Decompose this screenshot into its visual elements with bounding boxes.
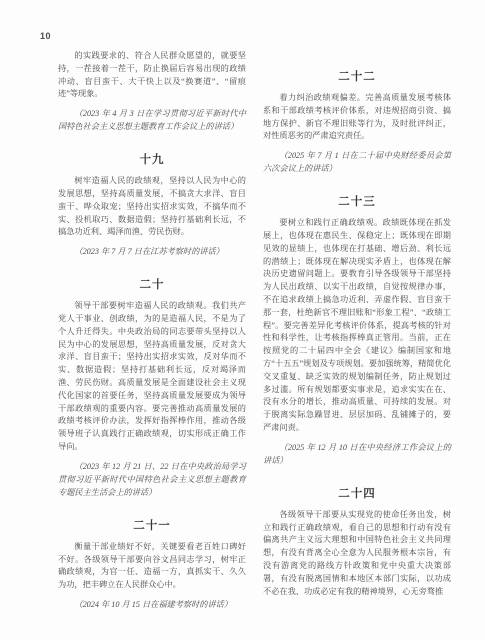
document-page: 10 的实践要求的、符合人民群众愿望的，就要坚持，一茬接着一茬干，防止换届后容易… xyxy=(0,0,485,640)
section-23: 二十三 要树立和践行正确政绩观。政绩既体现在抓发展上，也体现在惠民生、保稳定上；… xyxy=(263,193,451,467)
section-body: 的实践要求的、符合人民群众愿望的，就要坚持，一茬接着一茬干，防止换届后容易出现的… xyxy=(58,50,246,101)
section-body: 各级领导干部要从实现党的使命任务出发，树立和践行正确政绩观，看自己的思想和行动有… xyxy=(263,509,451,599)
section-citation: （2023 年 7 月 7 日在江苏考察时的讲话） xyxy=(58,245,246,258)
page-number: 10 xyxy=(40,31,51,41)
section-heading: 二十四 xyxy=(263,485,451,501)
section-continuation: 的实践要求的、符合人民群众愿望的，就要坚持，一茬接着一茬干，防止换届后容易出现的… xyxy=(58,50,246,133)
section-citation: （2023 年 12 月 21 日、22 日在中央政治局学习贯彻习近平新时代中国… xyxy=(58,460,246,499)
section-citation: （2025 年 7 月 1 日在二十届中央财经委员会第六次会议上的讲话） xyxy=(263,149,451,175)
section-heading: 二十三 xyxy=(263,193,451,209)
section-body: 着力纠治政绩观偏差。完善高质量发展考核体系和干部政绩考核评价体系，对违规招商引资… xyxy=(263,92,451,143)
section-body: 要树立和践行正确政绩观。政绩既体现在抓发展上，也体现在惠民生、保稳定上；既体现在… xyxy=(263,217,451,435)
section-body: 衡量干部业绩好不好，关键要看老百姓口碑好不好。各级领导干部要向谷文昌同志学习，树… xyxy=(58,541,246,592)
section-22: 二十二 着力纠治政绩观偏差。完善高质量发展考核体系和干部政绩考核评价体系，对违规… xyxy=(263,68,451,175)
section-citation: （2025 年 12 月 10 日在中央经济工作会议上的讲话） xyxy=(263,441,451,467)
section-20: 二十 领导干部要树牢造福人民的政绩观。我们共产党人干事业、创政绩，为的是造福人民… xyxy=(58,276,246,499)
section-19: 十九 树牢造福人民的政绩观，坚持以人民为中心的发展思想，坚持高质量发展，不搞贪大… xyxy=(58,151,246,258)
section-body: 领导干部要树牢造福人民的政绩观。我们共产党人干事业、创政绩，为的是造福人民，不是… xyxy=(58,300,246,454)
section-heading: 二十二 xyxy=(263,68,451,84)
section-body: 树牢造福人民的政绩观，坚持以人民为中心的发展思想，坚持高质量发展，不搞贪大求洋、… xyxy=(58,175,246,239)
section-21: 二十一 衡量干部业绩好不好，关键要看老百姓口碑好不好。各级领导干部要向谷文昌同志… xyxy=(58,517,246,611)
section-citation: （2024 年 10 月 15 日在福建考察时的讲话） xyxy=(58,598,246,611)
section-heading: 十九 xyxy=(58,151,246,167)
section-citation: （2023 年 4 月 3 日在学习贯彻习近平新时代中国特色社会主义思想主题教育… xyxy=(58,107,246,133)
section-heading: 二十一 xyxy=(58,517,246,533)
left-column: 的实践要求的、符合人民群众愿望的，就要坚持，一茬接着一茬干，防止换届后容易出现的… xyxy=(58,50,246,611)
section-24: 二十四 各级领导干部要从实现党的使命任务出发，树立和践行正确政绩观，看自己的思想… xyxy=(263,485,451,599)
section-heading: 二十 xyxy=(58,276,246,292)
right-column: 二十二 着力纠治政绩观偏差。完善高质量发展考核体系和干部政绩考核评价体系，对违规… xyxy=(263,50,451,598)
text-columns: 的实践要求的、符合人民群众愿望的，就要坚持，一茬接着一茬干，防止换届后容易出现的… xyxy=(58,50,451,611)
